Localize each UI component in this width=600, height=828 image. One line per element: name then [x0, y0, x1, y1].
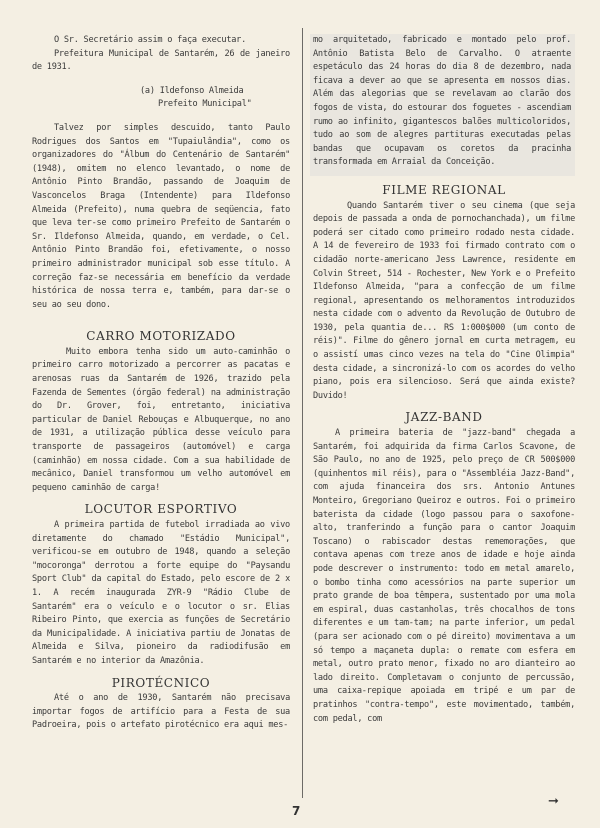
- paragraph-pirotecnico-continued: mo arquitetado, fabricado e montado pelo…: [313, 34, 571, 170]
- heading-pirotecnico: PIROTÉCNICO: [32, 677, 290, 691]
- paragraph-pirotecnico: Até o ano de 1930, Santarém não precisav…: [32, 692, 290, 733]
- page-number: 7: [292, 804, 300, 818]
- heading-carro-motorizado: CARRO MOTORIZADO: [32, 330, 290, 344]
- heading-locutor-esportivo: LOCUTOR ESPORTIVO: [32, 503, 290, 517]
- paragraph-opening-2: Prefeitura Municipal de Santarém, 26 de …: [32, 48, 290, 75]
- shaded-continuation-box: mo arquitetado, fabricado e montado pelo…: [310, 34, 575, 176]
- signature-name: (a) Ildefonso Almeida: [140, 85, 290, 99]
- left-column: O Sr. Secretário assim o faça executar. …: [32, 34, 290, 733]
- right-column: mo arquitetado, fabricado e montado pelo…: [313, 34, 575, 726]
- paragraph-jazz-band: A primeira bateria de "jazz-band" chegad…: [313, 427, 575, 726]
- heading-jazz-band: JAZZ-BAND: [313, 411, 575, 425]
- paragraph-carro-motorizado: Muito embora tenha sido um auto-caminhão…: [32, 346, 290, 496]
- continue-arrow-icon: ➞: [548, 794, 559, 809]
- paragraph-opening-1: O Sr. Secretário assim o faça executar.: [32, 34, 290, 48]
- document-page: O Sr. Secretário assim o faça executar. …: [0, 0, 600, 828]
- signature-block: (a) Ildefonso Almeida Prefeito Municipal…: [140, 85, 290, 112]
- column-divider: [302, 28, 303, 798]
- paragraph-locutor-esportivo: A primeira partida de futebol irradiada …: [32, 519, 290, 669]
- signature-title: Prefeito Municipal": [158, 98, 290, 112]
- paragraph-talvez: Talvez por simples descuido, tanto Paulo…: [32, 122, 290, 312]
- heading-filme-regional: FILME REGIONAL: [313, 184, 575, 198]
- paragraph-filme-regional: Quando Santarém tiver o seu cinema (que …: [313, 200, 575, 404]
